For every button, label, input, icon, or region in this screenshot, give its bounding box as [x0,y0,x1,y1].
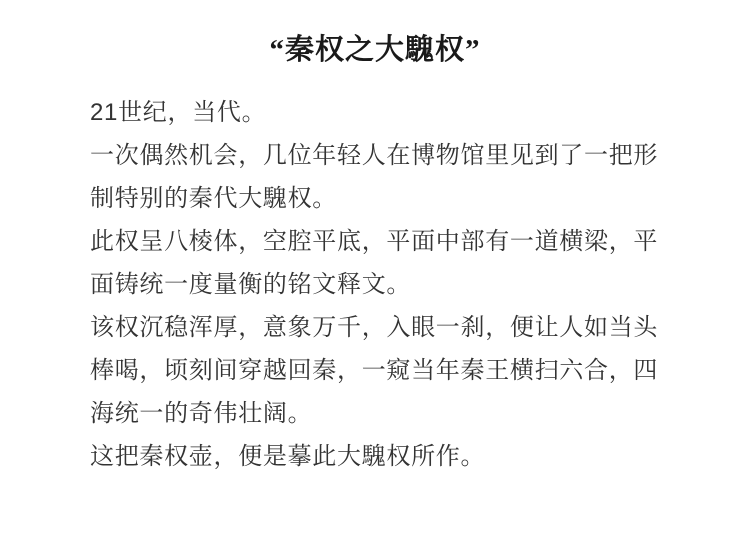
text-line: 面铸统一度量衡的铭文释文。 [90,263,680,306]
text-line: 这把秦权壶，便是摹此大騩权所作。 [90,435,680,478]
text-line: 此权呈八棱体，空腔平底，平面中部有一道横梁，平 [90,220,680,263]
page-title: “秦权之大騩权” [0,0,750,69]
text-line: 制特别的秦代大騩权。 [90,177,680,220]
text-line: 21世纪，当代。 [90,91,680,134]
text-line: 棒喝，顷刻间穿越回秦，一窥当年秦王横扫六合，四 [90,349,680,392]
paragraph: 一次偶然机会，几位年轻人在博物馆里见到了一把形 制特别的秦代大騩权。 [90,134,680,220]
text-line: 海统一的奇伟壮阔。 [90,392,680,435]
paragraph: 该权沉稳浑厚，意象万千，入眼一刹，便让人如当头 棒喝，顷刻间穿越回秦，一窥当年秦… [90,306,680,435]
text-line: 一次偶然机会，几位年轻人在博物馆里见到了一把形 [90,134,680,177]
document-page: “秦权之大騩权” 21世纪，当代。 一次偶然机会，几位年轻人在博物馆里见到了一把… [0,0,750,539]
story-text: 21世纪，当代。 一次偶然机会，几位年轻人在博物馆里见到了一把形 制特别的秦代大… [90,91,680,478]
paragraph: 21世纪，当代。 [90,91,680,134]
paragraph: 这把秦权壶，便是摹此大騩权所作。 [90,435,680,478]
paragraph: 此权呈八棱体，空腔平底，平面中部有一道横梁，平 面铸统一度量衡的铭文释文。 [90,220,680,306]
text-line: 该权沉稳浑厚，意象万千，入眼一刹，便让人如当头 [90,306,680,349]
